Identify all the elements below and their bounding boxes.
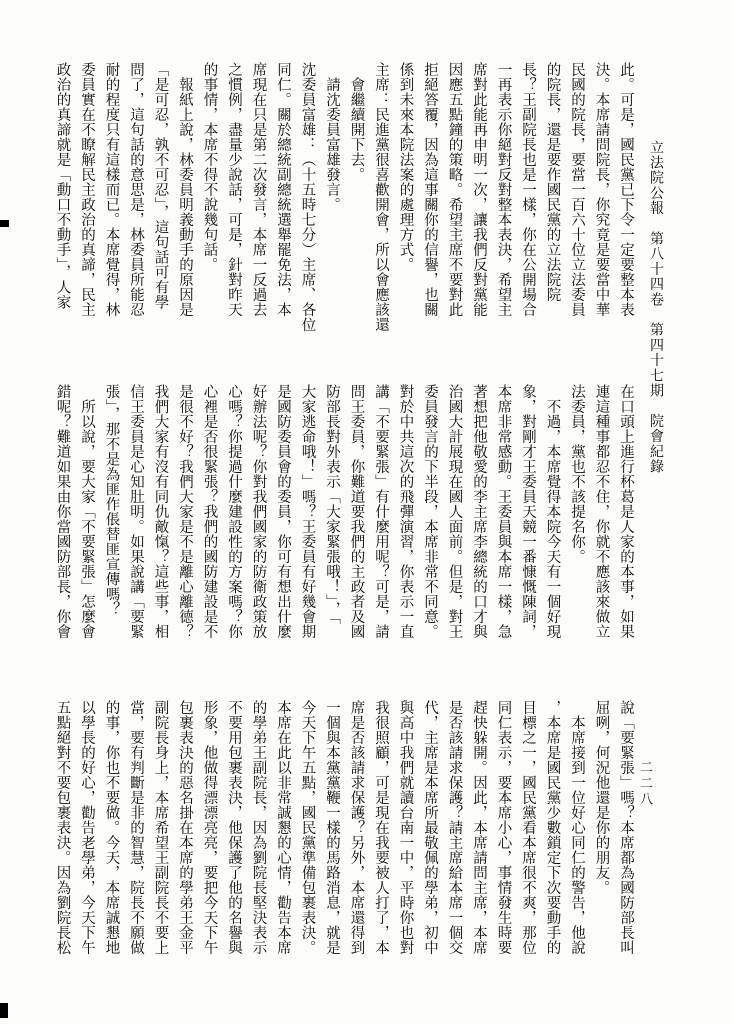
text-column: 象，對剛才王委員天競一番慷慨陳詞， xyxy=(516,384,541,658)
text-band-bottom: 說「要緊張」嗎？本席都為國防部長叫屈咧，何況他還是你的朋友。 本席接到一位好心同… xyxy=(50,700,638,974)
text-column: 所以說，要大家「不要緊張」怎麼會 xyxy=(75,384,100,658)
text-band-top: 此。可是，國民黨已下令一定要整本表決。本席請問院長，你究竟是要當中華民國的院長，… xyxy=(50,62,638,336)
text-column: 對於中共這次的飛彈演習，你表示一直 xyxy=(393,384,418,658)
text-column: 著想把他敬愛的李主席李總統的口才與 xyxy=(467,384,492,658)
text-column: 本席接到一位好心同仁的警告，他說 xyxy=(565,700,590,974)
text-column: 的事情，本席不得不說幾句話。 xyxy=(197,62,222,336)
text-column: 我很照顧，可是現在我要被人打了，本 xyxy=(369,700,394,974)
text-column: 之慣例，盡量少說話，可是，針對昨天 xyxy=(222,62,247,336)
text-column: 形象，他做得漂漂亮亮，要把今天下午 xyxy=(197,700,222,974)
text-column: 是否該請求保護？請主席給本席一個交 xyxy=(442,700,467,974)
text-column: 的學弟王副院長，因為劉院長堅決表示 xyxy=(246,700,271,974)
text-column: 問王委員，你難道要我們的主政者及國 xyxy=(344,384,369,658)
text-column: 目標之一，國民黨看本席很不爽，那位 xyxy=(516,700,541,974)
text-column: 以學長的好心，勸告老學弟，今天下午 xyxy=(75,700,100,974)
text-column: 的事，你也不要做。今天，本席誠懇地 xyxy=(99,700,124,974)
text-column: 屈咧，何況他還是你的朋友。 xyxy=(589,700,614,974)
text-column: 當，要有判斷是非的智慧，院長不願做 xyxy=(124,700,149,974)
text-column: 代，主席是本席所最敬佩的學弟，初中 xyxy=(418,700,443,974)
text-column: 拒絕答覆，因為這事關你的信譽，也關 xyxy=(418,62,443,336)
text-column: 本席非常感動。王委員與本席一樣，急 xyxy=(491,384,516,658)
text-column: 我們大家有沒有同仇敵愾？這些事，相 xyxy=(148,384,173,658)
text-column: 防部長對外表示「大家緊張哦！」，「 xyxy=(320,384,345,658)
text-column: 席現在只是第二次發言，本席一反過去 xyxy=(246,62,271,336)
text-column: 法委員，黨也不該提名你。 xyxy=(565,384,590,658)
text-column: 此。可是，國民黨已下令一定要整本表 xyxy=(614,62,639,336)
text-column: 「是可忍，孰不可忍」，這句話可有學 xyxy=(148,62,173,336)
text-column: 民國的院長，要當一百六十位立法委員 xyxy=(565,62,590,336)
gazette-page: 立法院公報 第八十四卷 第四十七期 院會紀錄 二二八 此。可是，國民黨已下令一定… xyxy=(0,0,732,1024)
text-column: 政治的真諦就是「動口不動手」，人家 xyxy=(50,62,75,336)
text-column: 同仁。關於總統副總統選舉罷免法，本 xyxy=(271,62,296,336)
text-column: 報紙上說，林委員明義動手的原因是 xyxy=(173,62,198,336)
text-column: 請沈委員富雄發言。 xyxy=(320,62,345,336)
text-column: 一個與本黨黨鞭一樣的馬路消息，就是 xyxy=(320,700,345,974)
text-column: 包裹表決的惡名掛在本席的學弟王金平 xyxy=(173,700,198,974)
text-column: 張」，那不是為匪作倀替匪宣傳嗎？ xyxy=(99,384,124,658)
text-column: 是很不好？我們大家是不是離心離德？ xyxy=(173,384,198,658)
text-column: 委員實在不瞭解民主政治的真諦，民主 xyxy=(75,62,100,336)
text-column: 主席：民進黨很喜歡開會，所以會應該還 xyxy=(369,62,394,336)
scan-artifact xyxy=(0,1003,8,1018)
text-column: 不要用包裹表決，他保護了他的名譽與 xyxy=(222,700,247,974)
text-column: 在口頭上進行杯葛是人家的本事，如果 xyxy=(614,384,639,658)
text-column: 治國大計展現在國人面前。但是，對王 xyxy=(442,384,467,658)
text-column: 席是否該請求保護？另外，本席還得到 xyxy=(344,700,369,974)
text-column: 因應五點鐘的策略。希望主席不要對此 xyxy=(442,62,467,336)
text-column: 心嗎？你提過什麼建設性的方案嗎？你 xyxy=(222,384,247,658)
text-column: 委員發言的下半段，本席非常不同意。 xyxy=(418,384,443,658)
text-column: 沈委員富雄：（十五時七分）主席、各位 xyxy=(295,62,320,336)
text-column: 一再表示你絕對反對整本表決，希望主 xyxy=(491,62,516,336)
text-column: 的院長，還是要作國民黨的立法院院 xyxy=(540,62,565,336)
text-column: 講「不要緊張」有什麼用呢？可是，請 xyxy=(369,384,394,658)
text-column: 與高中我們就讀台南一中，平時你也對 xyxy=(393,700,418,974)
text-column: 趕快躲開。因此，本席請問主席，本席 xyxy=(467,700,492,974)
text-column: 問了，這句話的意思是，林委員所能忍 xyxy=(124,62,149,336)
text-column: 今天下午五點，國民黨準備包裹表決。 xyxy=(295,700,320,974)
text-column: 副院長身上，本席希望王副院長不要上 xyxy=(148,700,173,974)
text-column: 好辦法呢？你對我們國家的防衛政策放 xyxy=(246,384,271,658)
text-column: 不過，本席覺得本院今天有一個好現 xyxy=(540,384,565,658)
text-column: 本席在此以非常誠懇的心情，勸告本席 xyxy=(271,700,296,974)
text-column: 說「要緊張」嗎？本席都為國防部長叫 xyxy=(614,700,639,974)
text-column: 同仁表示，要本席小心，事情發生時要 xyxy=(491,700,516,974)
scan-artifact xyxy=(0,220,9,227)
text-column: 錯呢？難道如果由你當國防部長，你會 xyxy=(50,384,75,658)
text-band-middle: 在口頭上進行杯葛是人家的本事，如果連這種事都忍不住，你就不應該來做立法委員，黨也… xyxy=(50,384,638,658)
text-column: 五點絕對不要包裹表決。因為劉院長松 xyxy=(50,700,75,974)
text-column: 心裡是否很緊張？我們的國防建設是不 xyxy=(197,384,222,658)
text-column: 長？王副院長也是一樣，你在公開場合 xyxy=(516,62,541,336)
text-column: 是國防委員會的委員，你可有想出什麼 xyxy=(271,384,296,658)
text-column: ，本席是國民黨少數鎖定下次要動手的 xyxy=(540,700,565,974)
text-column: 信王委員是心知肚明。如果說講「要緊 xyxy=(124,384,149,658)
text-column: 席對此能再申明一次，讓我們反對黨能 xyxy=(467,62,492,336)
text-column: 耐的程度只有這樣而已。本席覺得，林 xyxy=(99,62,124,336)
text-column: 連這種事都忍不住，你就不應該來做立 xyxy=(589,384,614,658)
text-column: 會繼續開下去。 xyxy=(344,62,369,336)
text-column: 係到未來本院法案的處理方式。 xyxy=(393,62,418,336)
publication-header: 立法院公報 第八十四卷 第四十七期 院會紀錄 xyxy=(646,140,666,474)
text-column: 大家逃命哦！」嗎？王委員有好幾會期 xyxy=(295,384,320,658)
text-column: 決。本席請問院長，你究竟是要當中華 xyxy=(589,62,614,336)
